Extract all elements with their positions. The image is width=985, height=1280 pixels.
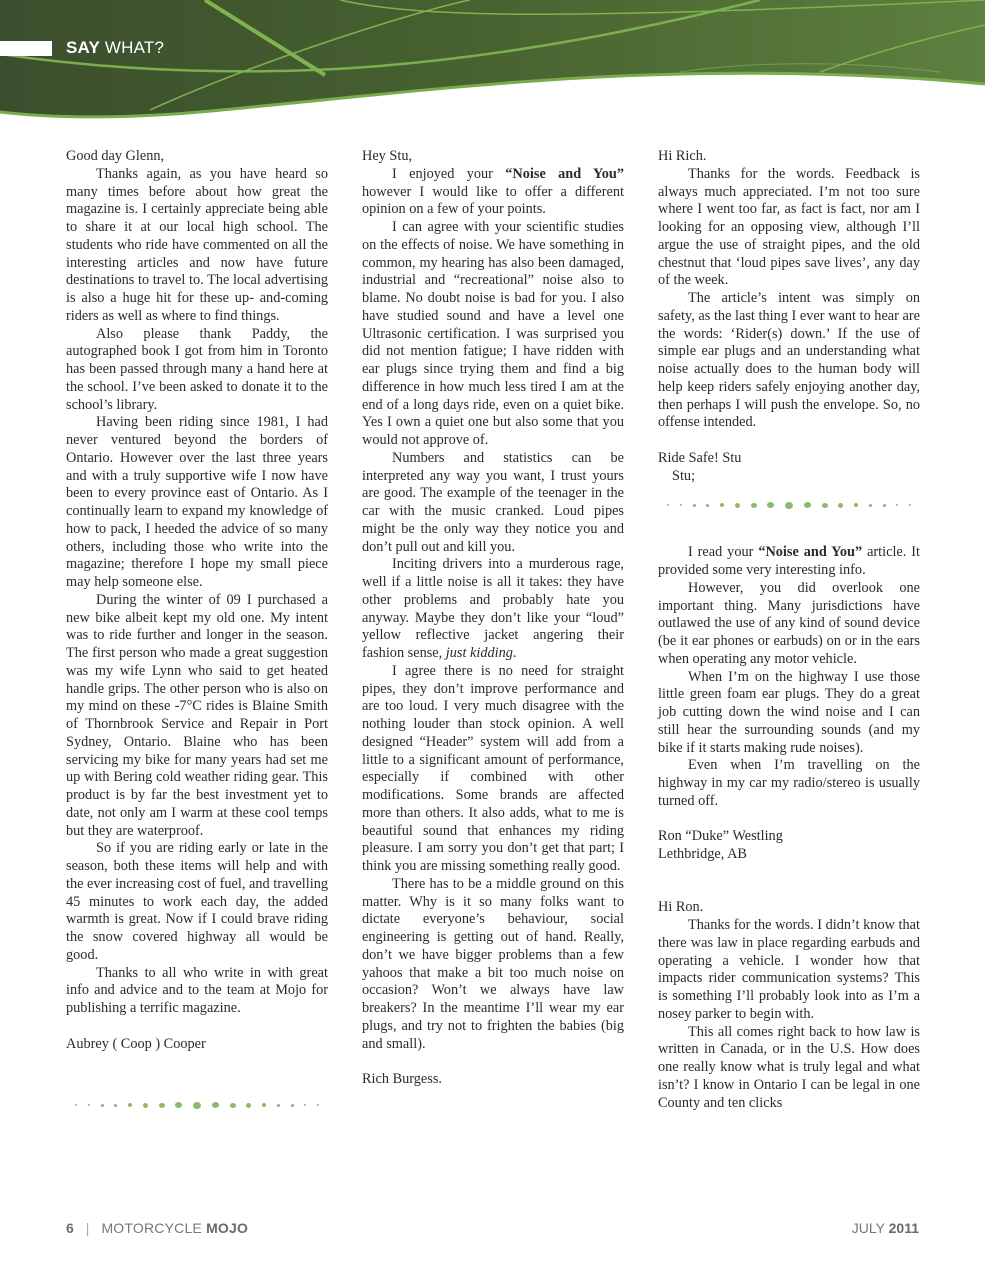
letter-paragraph: Also please thank Paddy, the autographed… xyxy=(66,326,328,415)
letter-paragraph: Inciting drivers into a murderous rage, … xyxy=(362,556,624,663)
reply-paragraph: This all comes right back to how law is … xyxy=(658,1024,920,1113)
magazine-name: MOTORCYCLE MOJO xyxy=(101,1220,248,1236)
page-number: 6 xyxy=(66,1220,74,1236)
letter-paragraph: There has to be a middle ground on this … xyxy=(362,876,624,1054)
reply-paragraph: Thanks for the words. Feedback is always… xyxy=(658,166,920,290)
reply-signoff-short: Stu; xyxy=(658,468,920,486)
letter-signature: Rich Burgess. xyxy=(362,1071,624,1089)
letter-paragraph: So if you are riding early or late in th… xyxy=(66,840,328,964)
letter-greeting: Hey Stu, xyxy=(362,148,624,166)
column-2-letter-rich-burgess: Hey Stu, I enjoyed your “Noise and You” … xyxy=(362,148,624,1089)
letter-paragraph: I enjoyed your “Noise and You” however I… xyxy=(362,166,624,219)
column-3-replies-and-letter: Hi Rich. Thanks for the words. Feedback … xyxy=(658,148,920,1112)
letter-greeting: Good day Glenn, xyxy=(66,148,328,166)
page-footer: 6 | MOTORCYCLE MOJO JULY 2011 xyxy=(0,1220,985,1240)
reply-paragraph: Thanks for the words. I didn’t know that… xyxy=(658,917,920,1024)
footer-separator: | xyxy=(86,1220,90,1236)
article-title-reference: “Noise and You” xyxy=(758,544,862,560)
letter-paragraph: Numbers and statistics can be interprete… xyxy=(362,450,624,557)
letter-paragraph: Even when I’m travelling on the highway … xyxy=(658,757,920,810)
letter-paragraph: Having been riding since 1981, I had nev… xyxy=(66,414,328,592)
letter-paragraph: Thanks again, as you have heard so many … xyxy=(66,166,328,326)
section-title: SAY WHAT? xyxy=(0,38,164,58)
letter-paragraph: I read your “Noise and You” article. It … xyxy=(658,544,920,580)
reply-signoff: Ride Safe! Stu xyxy=(658,450,920,468)
letter-paragraph: However, you did overlook one important … xyxy=(658,580,920,669)
section-label-rest: WHAT? xyxy=(100,38,164,57)
section-label-bold: SAY xyxy=(66,38,100,57)
dotted-divider xyxy=(659,499,919,511)
article-title-reference: “Noise and You” xyxy=(505,166,624,182)
reply-paragraph: The article’s intent was simply on safet… xyxy=(658,290,920,432)
reply-greeting: Hi Rich. xyxy=(658,148,920,166)
page-header-banner: SAY WHAT? xyxy=(0,0,985,125)
letter-location: Lethbridge, AB xyxy=(658,846,920,864)
reply-greeting: Hi Ron. xyxy=(658,899,920,917)
letter-paragraph: Thanks to all who write in with great in… xyxy=(66,965,328,1018)
column-1-letter-aubrey-cooper: Good day Glenn, Thanks again, as you hav… xyxy=(66,148,328,1111)
italic-aside: just kidding xyxy=(446,645,513,661)
dotted-divider xyxy=(67,1099,327,1111)
letter-paragraph: I agree there is no need for straight pi… xyxy=(362,663,624,876)
footer-left: 6 | MOTORCYCLE MOJO xyxy=(66,1220,248,1236)
issue-date: JULY 2011 xyxy=(852,1220,919,1236)
letter-paragraph: I can agree with your scientific studies… xyxy=(362,219,624,450)
section-title-bar xyxy=(0,41,52,56)
letter-signature: Ron “Duke” Westling xyxy=(658,828,920,846)
section-label: SAY WHAT? xyxy=(66,38,164,58)
letter-paragraph: During the winter of 09 I purchased a ne… xyxy=(66,592,328,841)
letter-paragraph: When I’m on the highway I use those litt… xyxy=(658,669,920,758)
letter-signature: Aubrey ( Coop ) Cooper xyxy=(66,1036,328,1054)
green-wave-banner-graphic xyxy=(0,0,985,125)
